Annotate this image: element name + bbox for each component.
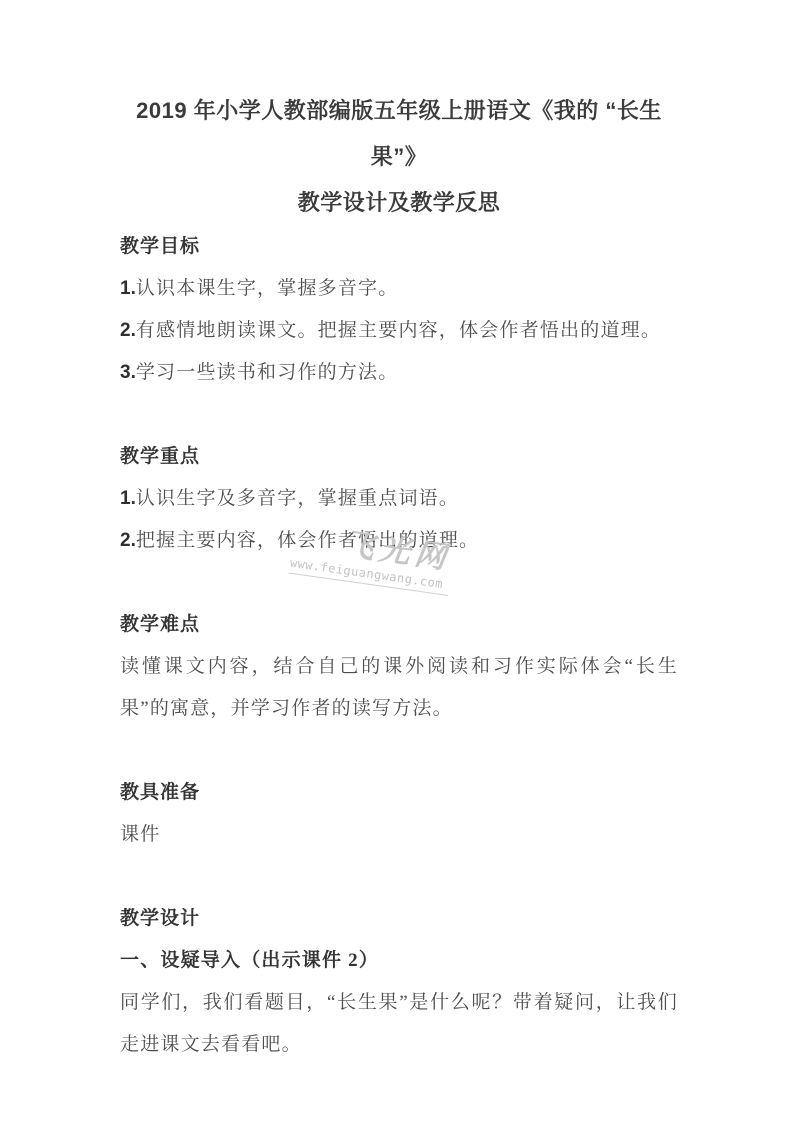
paragraph: 1.认识生字及多音字，掌握重点词语。 <box>120 478 678 520</box>
paragraph: 2.有感情地朗读课文。把握主要内容，体会作者悟出的道理。 <box>120 310 678 352</box>
section-teaching-design: 教学设计 一、设疑导入（出示课件 2） 同学们，我们看题目，“长生果”是什么呢？… <box>120 898 678 1066</box>
item-number: 2. <box>120 530 136 551</box>
item-text: 课件 <box>120 824 160 845</box>
paragraph: 1.认识本课生字，掌握多音字。 <box>120 268 678 310</box>
document-title: 2019 年小学人教部编版五年级上册语文《我的 “长生果”》 教学设计及教学反思 <box>120 0 678 226</box>
item-number: 1. <box>120 488 136 509</box>
item-text: 认识本课生字，掌握多音字。 <box>136 278 399 299</box>
item-text: 认识生字及多音字，掌握重点词语。 <box>136 488 459 509</box>
item-number: 3. <box>120 362 136 383</box>
section-teaching-aids: 教具准备 课件 <box>120 772 678 856</box>
document-page: 2019 年小学人教部编版五年级上册语文《我的 “长生果”》 教学设计及教学反思… <box>0 0 793 1122</box>
item-text: 同学们，我们看题目，“长生果”是什么呢？带着疑问，让我们走进课文去看看吧。 <box>120 992 678 1055</box>
section-teaching-objectives: 教学目标 1.认识本课生字，掌握多音字。 2.有感情地朗读课文。把握主要内容，体… <box>120 226 678 394</box>
paragraph: 同学们，我们看题目，“长生果”是什么呢？带着疑问，让我们走进课文去看看吧。 <box>120 982 678 1066</box>
item-text: 读懂课文内容，结合自己的课外阅读和习作实际体会“长生果”的寓意，并学习作者的读写… <box>120 656 678 719</box>
paragraph: 3.学习一些读书和习作的方法。 <box>120 352 678 394</box>
item-number: 1. <box>120 278 136 299</box>
title-line-2: 教学设计及教学反思 <box>120 180 678 226</box>
item-number: 2. <box>120 320 136 341</box>
title-line-1: 2019 年小学人教部编版五年级上册语文《我的 “长生果”》 <box>120 88 678 180</box>
sub-heading: 一、设疑导入（出示课件 2） <box>120 940 678 982</box>
section-teaching-difficulties: 教学难点 读懂课文内容，结合自己的课外阅读和习作实际体会“长生果”的寓意，并学习… <box>120 604 678 730</box>
item-text: 学习一些读书和习作的方法。 <box>136 362 399 383</box>
item-text: 有感情地朗读课文。把握主要内容，体会作者悟出的道理。 <box>136 320 661 341</box>
section-heading: 教学设计 <box>120 898 678 940</box>
paragraph: 课件 <box>120 814 678 856</box>
section-heading: 教具准备 <box>120 772 678 814</box>
paragraph: 读懂课文内容，结合自己的课外阅读和习作实际体会“长生果”的寓意，并学习作者的读写… <box>120 646 678 730</box>
section-heading: 教学重点 <box>120 436 678 478</box>
section-heading: 教学目标 <box>120 226 678 268</box>
section-heading: 教学难点 <box>120 604 678 646</box>
